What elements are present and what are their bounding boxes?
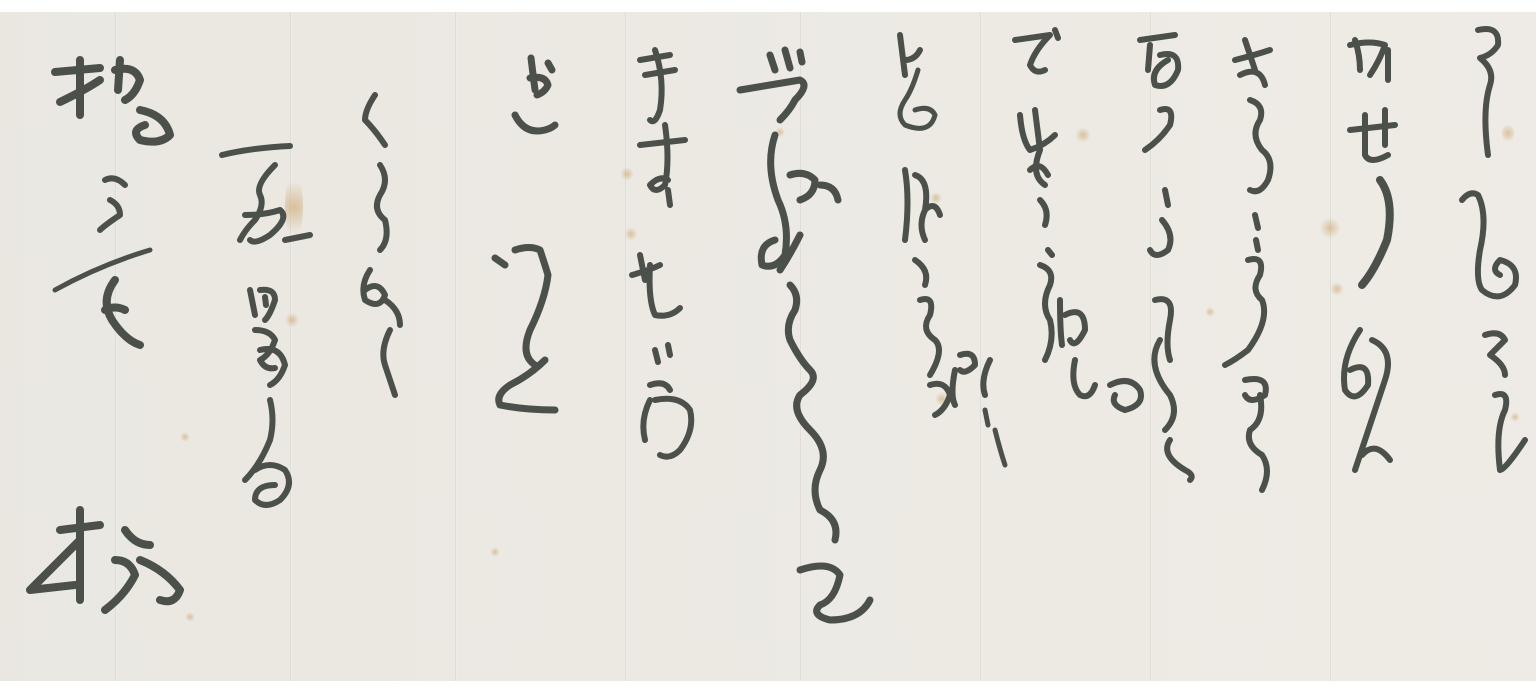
column-7 [740, 50, 870, 620]
column-5 [1015, 30, 1141, 410]
column-3 [1225, 40, 1270, 490]
column-10 [363, 95, 400, 395]
column-4 [1140, 35, 1192, 480]
column-12 [30, 60, 180, 610]
column-2 [1344, 40, 1395, 470]
column-9 [495, 58, 555, 410]
column-1 [1462, 29, 1525, 470]
column-11 [222, 146, 310, 505]
column-8 [632, 50, 691, 457]
calligraphy-strokes [0, 0, 1536, 695]
column-6 [900, 35, 1005, 465]
